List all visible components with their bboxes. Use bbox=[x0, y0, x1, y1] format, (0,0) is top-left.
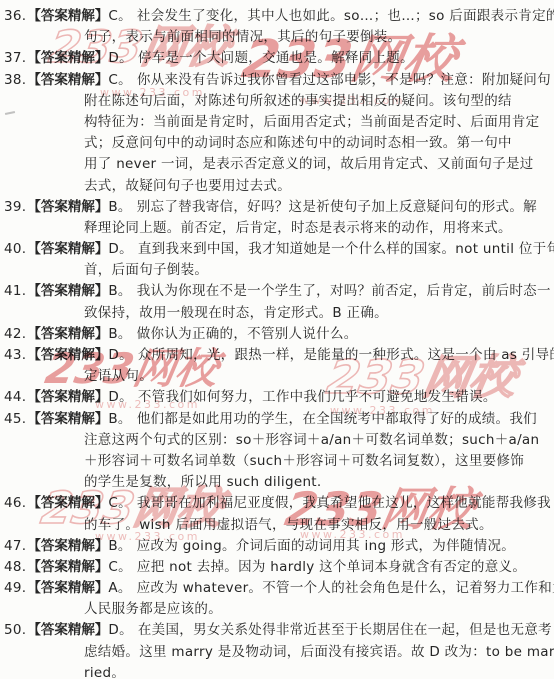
answer-tag: 【答案精解】 bbox=[27, 241, 108, 257]
answer-tag: 【答案精解】 bbox=[27, 326, 108, 342]
answer-item-first-line: 47.【答案精解】B。应改为 going。介词后面的动词用其 ing 形式，为伴… bbox=[0, 536, 554, 557]
answer-tag: 【答案精解】 bbox=[27, 50, 108, 66]
question-number: 46. bbox=[4, 493, 26, 514]
answer-item-cont-line: 定语从句。 bbox=[0, 366, 554, 387]
answer-letter: C。 bbox=[108, 559, 132, 575]
question-number: 40. bbox=[4, 239, 26, 260]
answer-tag: 【答案精解】 bbox=[27, 283, 108, 299]
question-number: 45. bbox=[4, 409, 26, 430]
answers-list: 36.【答案精解】C。社会发生了变化，其中人也如此。so…；也…；so 后面跟表… bbox=[0, 0, 554, 679]
answer-item-first-line: 41.【答案精解】B。我认为你现在不是一个学生了，对吗？前否定，后肯定，前后时态… bbox=[0, 281, 554, 302]
question-number: 48. bbox=[4, 557, 26, 578]
answer-item: 41.【答案精解】B。我认为你现在不是一个学生了，对吗？前否定，后肯定，前后时态… bbox=[0, 281, 554, 323]
answer-item: 46.【答案精解】C。我哥哥在加利福尼亚度假，我真希望他在这儿，这样他就能帮我修… bbox=[0, 493, 554, 535]
answer-letter: D。 bbox=[108, 389, 133, 405]
answer-item: 44.【答案精解】D。不管我们如何努力，工作中我们几乎不可避免地发生错误。 bbox=[0, 387, 554, 408]
answer-tag: 【答案精解】 bbox=[27, 559, 108, 575]
answer-item-cont-line: 的学生是复数，所以用 such diligent. bbox=[0, 472, 554, 493]
answer-item-first-line: 45.【答案精解】B。他们都是如此用功的学生，在全国统考中都取得了好的成绩。我们 bbox=[0, 409, 554, 430]
explanation-text: 应把 not 去掉。因为 hardly 这个单词本身就含有否定的意义。 bbox=[137, 559, 526, 575]
explanation-text: 众所周知，光，跟热一样，是能量的一种形式。这是一个由 as 引导的 bbox=[138, 347, 554, 363]
explanation-text: 不管我们如何努力，工作中我们几乎不可避免地发生错误。 bbox=[138, 389, 497, 405]
answer-item-first-line: 37.【答案精解】D。停车是一个大问题，交通也是。解释同上题。 bbox=[0, 48, 554, 69]
answer-item-first-line: 39.【答案精解】B。别忘了替我寄信，好吗？这是祈使句子加上反意疑问句的形式。解 bbox=[0, 197, 554, 218]
answer-item-cont-line: ＋形容词＋可数名词单数（such＋形容词＋可数名词复数），这里要修饰 bbox=[0, 451, 554, 472]
answer-tag: 【答案精解】 bbox=[27, 8, 108, 24]
question-number: 41. bbox=[4, 281, 26, 302]
answer-item-first-line: 42.【答案精解】B。做你认为正确的，不管别人说什么。 bbox=[0, 324, 554, 345]
answer-letter: B。 bbox=[108, 199, 131, 215]
explanation-text: 在美国，男女关系处得非常近甚至于长期居住在一起，但是也无意考 bbox=[138, 622, 552, 638]
answer-item-first-line: 40.【答案精解】D。直到我来到中国，我才知道她是一个什么样的国家。not un… bbox=[0, 239, 554, 260]
explanation-text: 我哥哥在加利福尼亚度假，我真希望他在这儿，这样他就能帮我修我 bbox=[137, 495, 551, 511]
answer-item-cont-line: 首，后面句子倒装。 bbox=[0, 260, 554, 281]
answer-tag: 【答案精解】 bbox=[27, 495, 108, 511]
answer-item: 38.【答案精解】C。你从来没有告诉过我你曾看过这部电影，不是吗？注意：附加疑问… bbox=[0, 70, 554, 197]
answer-tag: 【答案精解】 bbox=[27, 389, 108, 405]
question-number: 38. bbox=[4, 70, 26, 91]
answer-tag: 【答案精解】 bbox=[27, 72, 108, 88]
answer-item: 37.【答案精解】D。停车是一个大问题，交通也是。解释同上题。 bbox=[0, 48, 554, 69]
answer-item-first-line: 48.【答案精解】C。应把 not 去掉。因为 hardly 这个单词本身就含有… bbox=[0, 557, 554, 578]
answer-item-first-line: 44.【答案精解】D。不管我们如何努力，工作中我们几乎不可避免地发生错误。 bbox=[0, 387, 554, 408]
question-number: 44. bbox=[4, 387, 26, 408]
explanation-text: 停车是一个大问题，交通也是。解释同上题。 bbox=[138, 50, 414, 66]
answer-letter: B。 bbox=[108, 538, 131, 554]
answer-item-first-line: 43.【答案精解】D。众所周知，光，跟热一样，是能量的一种形式。这是一个由 as… bbox=[0, 345, 554, 366]
question-number: 42. bbox=[4, 324, 26, 345]
answer-tag: 【答案精解】 bbox=[27, 411, 108, 427]
answer-item: 36.【答案精解】C。社会发生了变化，其中人也如此。so…；也…；so 后面跟表… bbox=[0, 6, 554, 48]
answer-item: 45.【答案精解】B。他们都是如此用功的学生，在全国统考中都取得了好的成绩。我们… bbox=[0, 409, 554, 494]
question-number: 37. bbox=[4, 48, 26, 69]
answer-tag: 【答案精解】 bbox=[27, 347, 108, 363]
explanation-text: 应改为 whatever。不管一个人的社会角色是什么，记着努力工作和为 bbox=[137, 580, 554, 596]
answer-item-cont-line: 致保持，故用一般现在时态，肯定形式。B 正确。 bbox=[0, 303, 554, 324]
answer-item-cont-line: 附在陈述句后面，对陈述句所叙述的事实提出相反的疑问。该句型的结 bbox=[0, 91, 554, 112]
explanation-text: 你从来没有告诉过我你曾看过这部电影，不是吗？注意：附加疑问句 bbox=[137, 72, 551, 88]
answer-letter: D。 bbox=[108, 241, 133, 257]
answer-item-cont-line: 虑结婚。这里 marry 是及物动词，后面没有接宾语。故 D 改为：to be … bbox=[0, 642, 554, 663]
answer-item-cont-line: 注意这两个句式的区别：so＋形容词＋a/an＋可数名词单数；such＋a/an bbox=[0, 430, 554, 451]
explanation-text: 别忘了替我寄信，好吗？这是祈使句子加上反意疑问句的形式。解 bbox=[137, 199, 537, 215]
question-number: 36. bbox=[4, 6, 26, 27]
answer-letter: C。 bbox=[108, 495, 132, 511]
explanation-text: 直到我来到中国，我才知道她是一个什么样的国家。not until 位于句 bbox=[138, 241, 554, 257]
answer-letter: C。 bbox=[108, 72, 132, 88]
question-number: 43. bbox=[4, 345, 26, 366]
answer-letter: B。 bbox=[108, 411, 131, 427]
answer-item-cont-line: 构特征为：当前面是肯定时，后面用否定式；当前面是否定时、后面用肯定 bbox=[0, 112, 554, 133]
answer-item-cont-line: 式；反意问句中的动词时态应和陈述句中的动词时态相一致。第一句中 bbox=[0, 133, 554, 154]
answer-item-first-line: 50.【答案精解】D。在美国，男女关系处得非常近甚至于长期居住在一起，但是也无意… bbox=[0, 620, 554, 641]
question-number: 49. bbox=[4, 578, 26, 599]
explanation-text: 做你认为正确的，不管别人说什么。 bbox=[137, 326, 358, 342]
answer-item: 49.【答案精解】A。应改为 whatever。不管一个人的社会角色是什么，记着… bbox=[0, 578, 554, 620]
answer-letter: A。 bbox=[108, 580, 131, 596]
answer-item-cont-line: 去式，故疑问句子也要用过去式。 bbox=[0, 176, 554, 197]
answer-item: 48.【答案精解】C。应把 not 去掉。因为 hardly 这个单词本身就含有… bbox=[0, 557, 554, 578]
answer-letter: C。 bbox=[108, 8, 132, 24]
answer-item-cont-line: ried。 bbox=[0, 663, 554, 679]
answer-item-first-line: 49.【答案精解】A。应改为 whatever。不管一个人的社会角色是什么，记着… bbox=[0, 578, 554, 599]
answer-item-cont-line: 人民服务都是应该的。 bbox=[0, 599, 554, 620]
explanation-text: 我认为你现在不是一个学生了，对吗？前否定，后肯定，前后时态一 bbox=[137, 283, 551, 299]
answer-letter: B。 bbox=[108, 326, 131, 342]
answer-item: 39.【答案精解】B。别忘了替我寄信，好吗？这是祈使句子加上反意疑问句的形式。解… bbox=[0, 197, 554, 239]
answer-item-cont-line: 释理论同上题。前否定，后肯定，时态是表示将来的动作，用将来式。 bbox=[0, 218, 554, 239]
explanation-text: 应改为 going。介词后面的动词用其 ing 形式，为伴随情况。 bbox=[137, 538, 515, 554]
question-number: 47. bbox=[4, 536, 26, 557]
answer-item-cont-line: 句子，表示与前面相同的情况，其后的句子要倒装。 bbox=[0, 27, 554, 48]
answer-item-first-line: 38.【答案精解】C。你从来没有告诉过我你曾看过这部电影，不是吗？注意：附加疑问… bbox=[0, 70, 554, 91]
answer-item-cont-line: 用了 never 一词，是表示否定意义的词，故后用肯定式、又前面句子是过 bbox=[0, 154, 554, 175]
explanation-text: 他们都是如此用功的学生，在全国统考中都取得了好的成绩。我们 bbox=[137, 411, 537, 427]
answer-letter: D。 bbox=[108, 50, 133, 66]
answer-letter: D。 bbox=[108, 622, 133, 638]
question-number: 50. bbox=[4, 620, 26, 641]
answer-item-first-line: 46.【答案精解】C。我哥哥在加利福尼亚度假，我真希望他在这儿，这样他就能帮我修… bbox=[0, 493, 554, 514]
answer-tag: 【答案精解】 bbox=[27, 199, 108, 215]
answer-tag: 【答案精解】 bbox=[27, 538, 108, 554]
answer-tag: 【答案精解】 bbox=[27, 580, 108, 596]
answer-item: 47.【答案精解】B。应改为 going。介词后面的动词用其 ing 形式，为伴… bbox=[0, 536, 554, 557]
scanned-answer-page: 36.【答案精解】C。社会发生了变化，其中人也如此。so…；也…；so 后面跟表… bbox=[0, 0, 554, 679]
answer-item: 50.【答案精解】D。在美国，男女关系处得非常近甚至于长期居住在一起，但是也无意… bbox=[0, 620, 554, 679]
answer-letter: B。 bbox=[108, 283, 131, 299]
answer-item-first-line: 36.【答案精解】C。社会发生了变化，其中人也如此。so…；也…；so 后面跟表… bbox=[0, 6, 554, 27]
answer-item: 40.【答案精解】D。直到我来到中国，我才知道她是一个什么样的国家。not un… bbox=[0, 239, 554, 281]
answer-tag: 【答案精解】 bbox=[27, 622, 108, 638]
answer-letter: D。 bbox=[108, 347, 133, 363]
question-number: 39. bbox=[4, 197, 26, 218]
answer-item: 43.【答案精解】D。众所周知，光，跟热一样，是能量的一种形式。这是一个由 as… bbox=[0, 345, 554, 387]
answer-item-cont-line: 的车了。wish 后面用虚拟语气，与现在事实相反，用一般过去式。 bbox=[0, 515, 554, 536]
answer-item: 42.【答案精解】B。做你认为正确的，不管别人说什么。 bbox=[0, 324, 554, 345]
explanation-text: 社会发生了变化，其中人也如此。so…；也…；so 后面跟表示肯定的 bbox=[137, 8, 554, 24]
